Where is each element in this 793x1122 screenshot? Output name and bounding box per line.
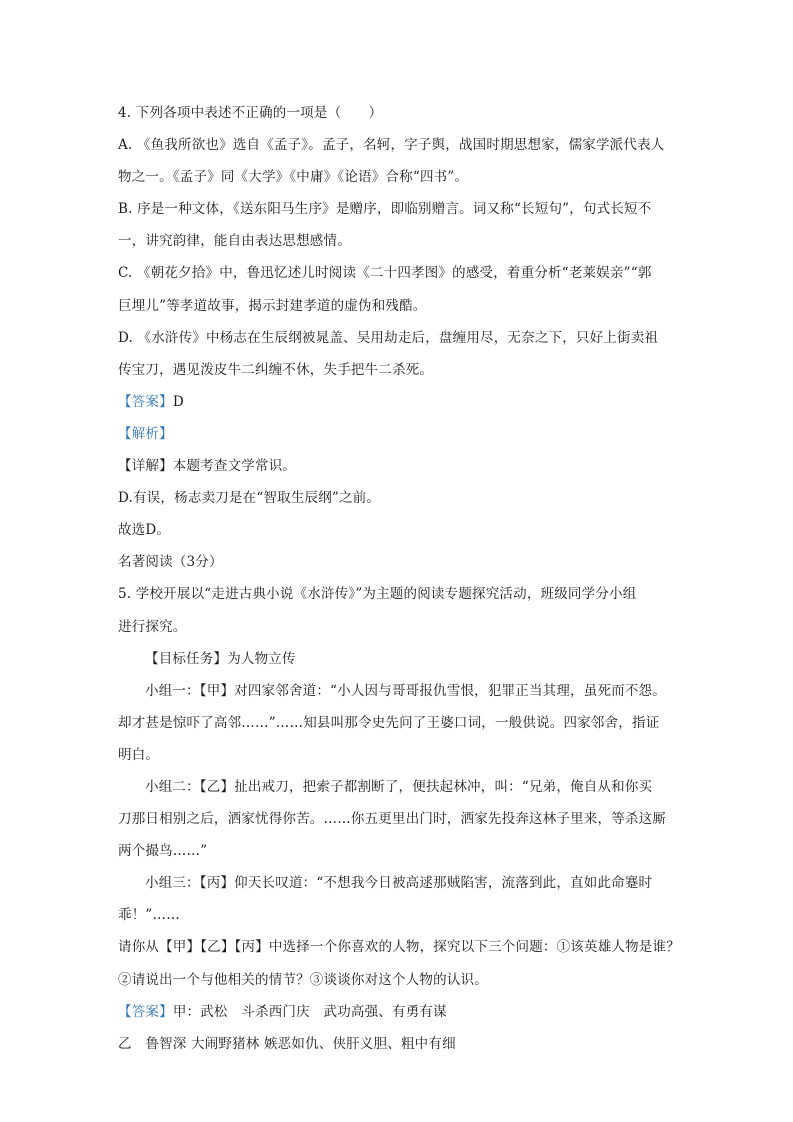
q4-answer: 【答案】D	[118, 392, 678, 412]
q5-group2-line2: 刀那日相别之后，洒家忧得你苦。……你五更里出门时，洒家先投奔这林子里来，等杀这厮	[118, 809, 678, 829]
q5-stem-line1: 5. 学校开展以“走进古典小说《水浒传》”为主题的阅读专题探究活动，班级同学分小…	[118, 584, 678, 604]
q4-stem: 4. 下列各项中表述不正确的一项是（ ）	[118, 103, 678, 123]
q5-answer-line2: 乙 鲁智深 大闹野猪林 嫉恶如仇、侠肝义胆、粗中有细	[118, 1034, 678, 1054]
q5-question-line1: 请你从【甲】【乙】【丙】中选择一个你喜欢的人物，探究以下三个问题：①该英雄人物是…	[118, 937, 678, 957]
q4-explanation: D.有误，杨志卖刀是在“智取生辰纲”之前。	[118, 488, 678, 508]
document-page: 4. 下列各项中表述不正确的一项是（ ） A. 《鱼我所欲也》选自《孟子》。孟子…	[118, 103, 678, 1066]
q4-option-a-line1: A. 《鱼我所欲也》选自《孟子》。孟子，名轲，字子舆，战国时期思想家，儒家学派代…	[118, 135, 678, 155]
q5-group1-line2: 却才甚是惊吓了高邻……”……知县叫那令史先问了王婆口词，一般供说。四家邻舍，指证	[118, 713, 678, 733]
q5-group1-line3: 明白。	[118, 745, 678, 765]
q4-option-c-line1: C. 《朝花夕拾》中，鲁迅忆述儿时阅读《二十四孝图》的感受，着重分析“老莱娱亲”…	[118, 263, 678, 283]
q4-analysis-label: 【解析】	[118, 424, 678, 444]
q5-answer-line1: 【答案】甲：武松 斗杀西门庆 武功高强、有勇有谋	[118, 1002, 678, 1022]
q5-group2-line3: 两个撮鸟……”	[118, 841, 678, 861]
q5-stem-line2: 进行探究。	[118, 617, 678, 637]
q4-option-b-line2: 一，讲究韵律，能自由表达思想感情。	[118, 231, 678, 251]
q4-option-d-line2: 传宝刀，遇见泼皮牛二纠缠不休，失手把牛二杀死。	[118, 360, 678, 380]
q4-option-b-line1: B. 序是一种文体，《送东阳马生序》是赠序，即临别赠言。词又称“长短句”，句式长…	[118, 199, 678, 219]
answer-label: 【答案】	[118, 394, 173, 410]
q4-option-d-line1: D. 《水浒传》中杨志在生辰纲被晁盖、吴用劫走后，盘缠用尽，无奈之下，只好上街卖…	[118, 328, 678, 348]
q4-detail: 【详解】本题考查文学常识。	[118, 456, 678, 476]
q5-task: 【目标任务】为人物立传	[118, 649, 678, 669]
section-title: 名著阅读（3分）	[118, 552, 678, 572]
answer-value: D	[173, 394, 184, 410]
q5-group2-line1: 小组二：【乙】扯出戒刀，把索子都割断了，便扶起林冲，叫：“兄弟，俺自从和你买	[118, 777, 678, 797]
q5-question-line2: ②请说出一个与他相关的情节？③谈谈你对这个人物的认识。	[118, 970, 678, 990]
answer-text: 甲：武松 斗杀西门庆 武功高强、有勇有谋	[173, 1004, 447, 1020]
q5-group3-line1: 小组三：【丙】仰天长叹道：“不想我今日被高逑那贼陷害，流落到此，直如此命蹇时	[118, 873, 678, 893]
q4-conclusion: 故选D。	[118, 520, 678, 540]
q4-option-c-line2: 巨埋儿”等孝道故事，揭示封建孝道的虚伪和残酷。	[118, 296, 678, 316]
q4-option-a-line2: 物之一。《孟子》同《大学》《中庸》《论语》合称“四书”。	[118, 167, 678, 187]
q5-group3-line2: 乖！”……	[118, 905, 678, 925]
q5-group1-line1: 小组一：【甲】对四家邻舍道：“小人因与哥哥报仇雪恨，犯罪正当其理，虽死而不怨。	[118, 681, 678, 701]
answer-label: 【答案】	[118, 1004, 173, 1020]
